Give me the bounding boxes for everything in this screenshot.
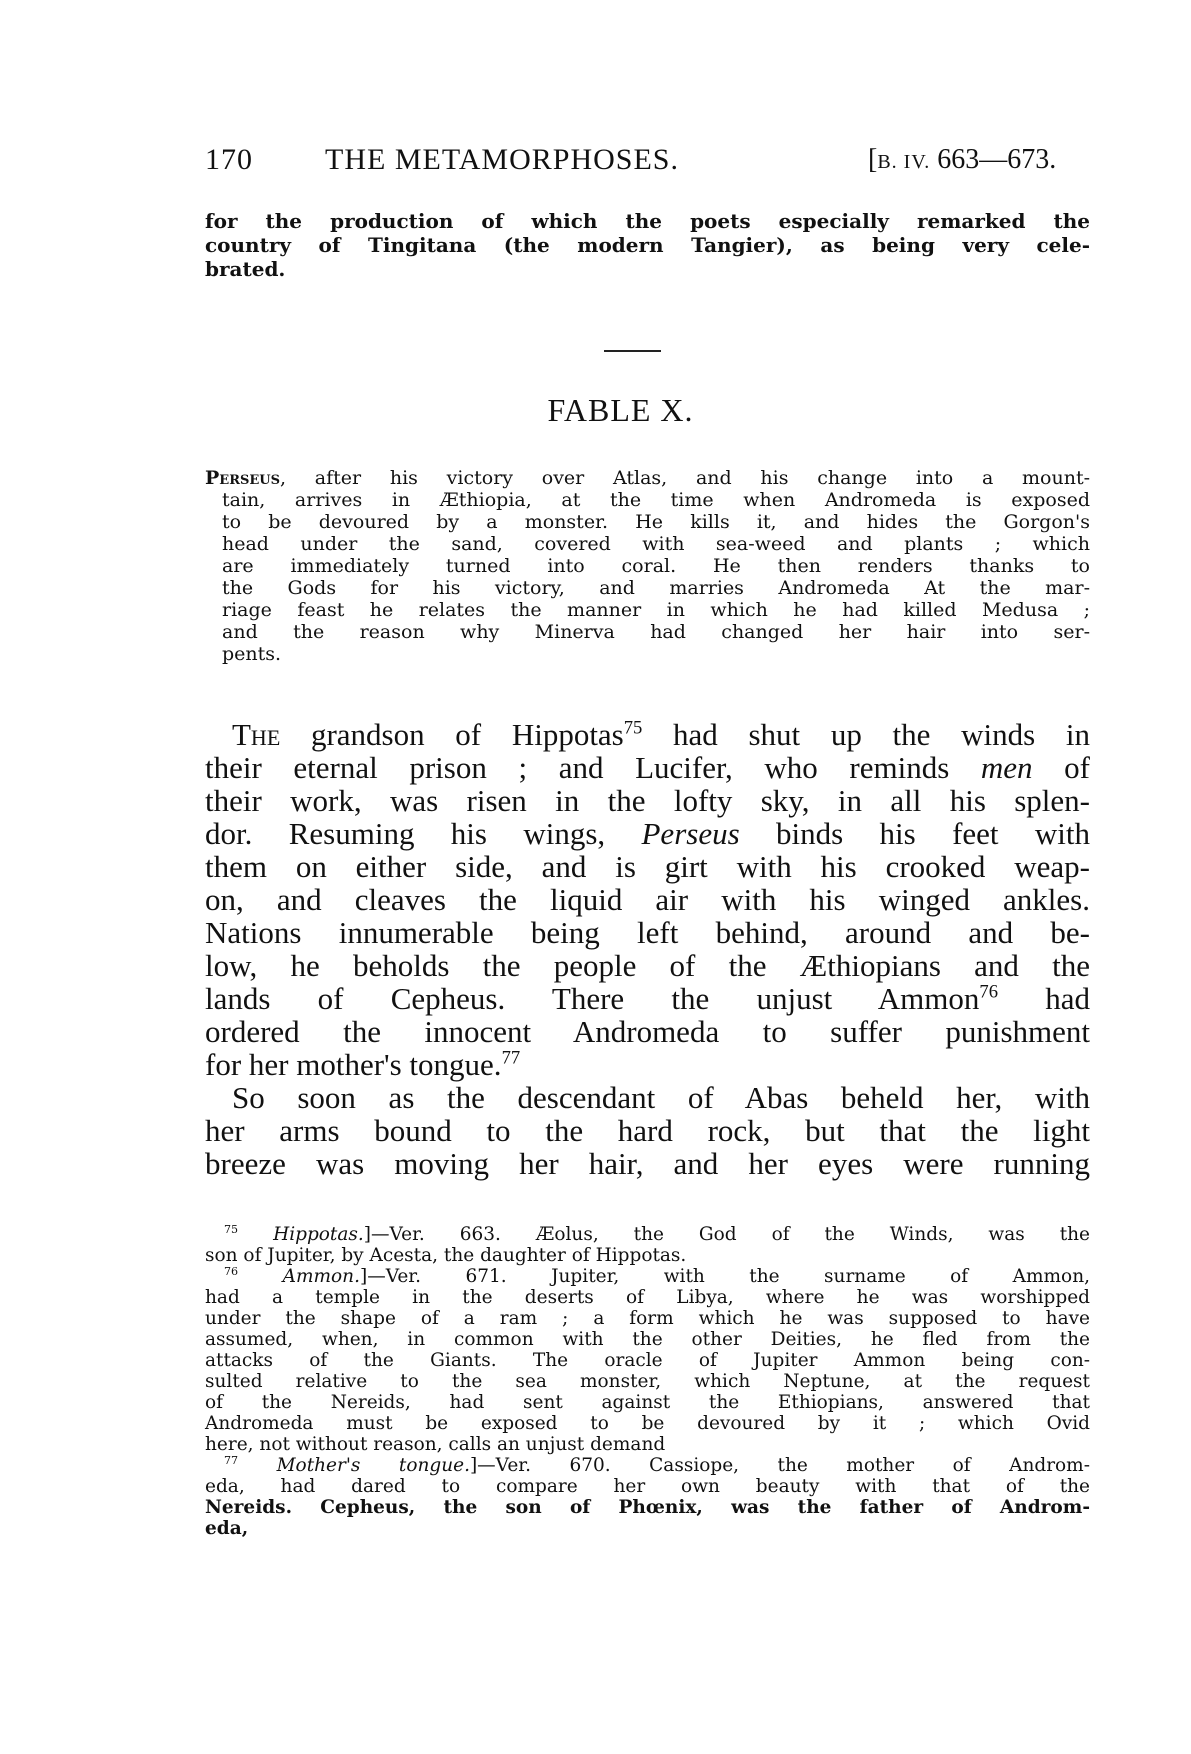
- footnote-number: 77: [224, 1454, 238, 1467]
- argument-line: are immediately turned into coral. He th…: [222, 555, 1090, 577]
- body-text-span: dor. Resuming his wings,: [205, 816, 642, 851]
- footnote-line: Andromeda must be exposed to be devoured…: [205, 1413, 1090, 1434]
- body-line: The grandson of Hippotas75 had shut up t…: [232, 718, 1090, 751]
- footnote-line: under the shape of a ram ; a form which …: [205, 1308, 1090, 1329]
- footnote-line: of the Nereids, had sent against the Eth…: [205, 1392, 1090, 1413]
- footnote-77: 77 Mother's tongue.]—Ver. 670. Cassiope,…: [224, 1455, 1090, 1476]
- text-line: country of Tingitana (the modern Tangier…: [205, 233, 1090, 257]
- footnote-lemma: Mother's tongue.: [277, 1455, 470, 1476]
- body-line: their eternal prison ; and Lucifer, who …: [205, 751, 1090, 784]
- text-line: for the production of which the poets es…: [205, 209, 1090, 233]
- footnote-line: attacks of the Giants. The oracle of Jup…: [205, 1350, 1090, 1371]
- body-text-span: had shut up the winds in: [642, 717, 1090, 752]
- footnote-text: ]—Ver. 671. Jupiter, with the surname of…: [360, 1266, 1090, 1287]
- page-number: 170: [205, 140, 253, 180]
- footnote-text: ]—Ver. 663. Æolus, the God of the Winds,…: [364, 1224, 1090, 1245]
- body-line: lands of Cepheus. There the unjust Ammon…: [205, 982, 1090, 1015]
- argument-line: and the reason why Minerva had changed h…: [222, 621, 1090, 643]
- body-text-span: their eternal prison ; and Lucifer, who …: [205, 750, 981, 785]
- body-line: her arms bound to the hard rock, but tha…: [205, 1114, 1090, 1147]
- footnote-line: eda,: [205, 1518, 1090, 1539]
- footnote-line: eda, had dared to compare her own beauty…: [205, 1476, 1090, 1497]
- paragraph-initial: The: [232, 717, 280, 752]
- argument-line: riage feast he relates the manner in whi…: [222, 599, 1090, 621]
- body-line: So soon as the descendant of Abas beheld…: [232, 1081, 1090, 1114]
- footnote-line: sulted relative to the sea monster, whic…: [205, 1371, 1090, 1392]
- argument-text: , after his victory over Atlas, and his …: [280, 467, 1090, 489]
- book-page: 170 THE METAMORPHOSES. [B. IV. 663—673. …: [0, 0, 1191, 1754]
- verse-range-bracket: [: [868, 144, 877, 175]
- argument-line: tain, arrives in Æthiopia, at the time w…: [222, 489, 1090, 511]
- verse-range-book: B. IV.: [877, 151, 930, 173]
- argument-line: to be devoured by a monster. He kills it…: [222, 511, 1090, 533]
- emphasis: men: [981, 750, 1033, 785]
- footnote-ref-76[interactable]: 76: [979, 982, 998, 1003]
- body-text-span: for her mother's tongue.: [205, 1047, 502, 1082]
- running-head: 170 THE METAMORPHOSES. [B. IV. 663—673.: [205, 140, 1095, 180]
- body-text-span: grandson of Hippotas: [280, 717, 623, 752]
- argument-initial: Perseus: [205, 467, 280, 489]
- body-line: low, he beholds the people of the Æthiop…: [205, 949, 1090, 982]
- body-line: for her mother's tongue.77: [205, 1048, 1090, 1081]
- argument-line: head under the sand, covered with sea-we…: [222, 533, 1090, 555]
- body-line: breeze was moving her hair, and her eyes…: [205, 1147, 1090, 1180]
- argument-line: Perseus, after his victory over Atlas, a…: [205, 467, 1090, 489]
- body-line: Nations innumerable being left behind, a…: [205, 916, 1090, 949]
- argument-line: pents.: [222, 643, 1090, 665]
- footnote-lemma: Hippotas.: [273, 1224, 364, 1245]
- body-line: their work, was risen in the lofty sky, …: [205, 784, 1090, 817]
- body-line: on, and cleaves the liquid air with his …: [205, 883, 1090, 916]
- running-title: THE METAMORPHOSES.: [325, 140, 679, 180]
- footnote-line: son of Jupiter, by Acesta, the daughter …: [205, 1245, 1090, 1266]
- footnote-ref-77[interactable]: 77: [502, 1048, 521, 1069]
- body-text-span: of: [1033, 750, 1090, 785]
- footnote-ref-75[interactable]: 75: [624, 718, 643, 739]
- footnote-76: 76 Ammon.]—Ver. 671. Jupiter, with the s…: [224, 1266, 1090, 1287]
- footnote-number: 75: [224, 1223, 238, 1236]
- footnote-75: 75 Hippotas.]—Ver. 663. Æolus, the God o…: [224, 1224, 1090, 1245]
- section-divider: [604, 350, 661, 352]
- footnote-line: assumed, when, in common with the other …: [205, 1329, 1090, 1350]
- body-text-span: had: [998, 981, 1090, 1016]
- text-line: brated.: [205, 257, 1090, 281]
- body-line: ordered the innocent Andromeda to suffer…: [205, 1015, 1090, 1048]
- body-line: them on either side, and is girt with hi…: [205, 850, 1090, 883]
- footnote-text: ]—Ver. 670. Cassiope, the mother of Andr…: [470, 1455, 1090, 1476]
- verse-range: [B. IV. 663—673.: [868, 140, 1056, 182]
- body-text-span: binds his feet with: [740, 816, 1090, 851]
- footnote-line: here, not without reason, calls an unjus…: [205, 1434, 1090, 1455]
- emphasis: Perseus: [642, 816, 740, 851]
- footnote-lemma: Ammon.: [283, 1266, 360, 1287]
- footnote-line: had a temple in the deserts of Libya, wh…: [205, 1287, 1090, 1308]
- argument-line: the Gods for his victory, and marries An…: [222, 577, 1090, 599]
- footnote-number: 76: [224, 1265, 238, 1278]
- verse-range-lines: 663—673.: [937, 144, 1056, 175]
- footnote-line: Nereids. Cepheus, the son of Phœnix, was…: [205, 1497, 1090, 1518]
- body-line: dor. Resuming his wings, Perseus binds h…: [205, 817, 1090, 850]
- fable-title: FABLE X.: [0, 392, 1191, 429]
- body-text-span: lands of Cepheus. There the unjust Ammon: [205, 981, 979, 1016]
